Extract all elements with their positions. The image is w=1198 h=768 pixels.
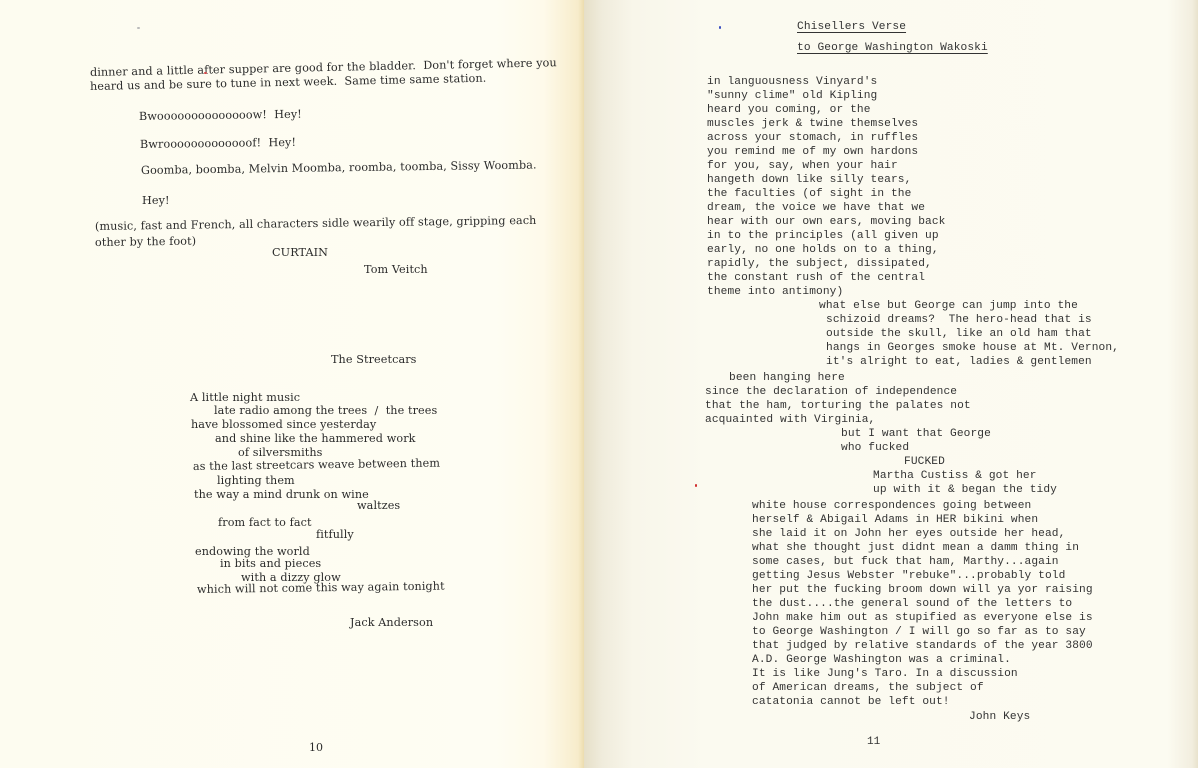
poem-title-chisellers-verse: Chisellers Verse	[797, 20, 906, 34]
poem-line: her put the fucking broom down will ya y…	[752, 583, 1093, 597]
book-spread: dinner and a little after supper are goo…	[0, 0, 1198, 768]
poem-line: schizoid dreams? The hero-head that is	[826, 313, 1092, 327]
right-page: Chisellers Verse to George Washington Wa…	[584, 0, 1198, 768]
poem-line: who fucked	[841, 441, 909, 455]
page-number-left: 10	[309, 741, 323, 754]
poem-line: heard you coming, or the	[707, 103, 871, 117]
poem-line: herself & Abigail Adams in HER bikini wh…	[752, 513, 1038, 527]
poem-line: late radio among the trees / the trees	[214, 404, 437, 418]
poem-line: some cases, but fuck that ham, Marthy...…	[752, 555, 1059, 569]
poem-line: waltzes	[357, 499, 400, 513]
poem-line: since the declaration of independence	[705, 385, 957, 399]
poem-line: she laid it on John her eyes outside her…	[752, 527, 1065, 541]
page-number-right: 11	[867, 736, 880, 748]
poem-line: what else but George can jump into the	[819, 299, 1078, 313]
poem-line: up with it & began the tidy	[873, 483, 1057, 497]
poem-line: across your stomach, in ruffles	[707, 131, 918, 145]
call-line: Hey!	[142, 194, 170, 208]
poem-line: which will not come this way again tonig…	[197, 580, 445, 597]
poem-dedication: to George Washington Wakoski	[797, 41, 988, 55]
stage-direction: (music, fast and French, all characters …	[95, 214, 537, 234]
poem-line: muscles jerk & twine themselves	[707, 117, 918, 131]
poem-line: in bits and pieces	[220, 557, 321, 571]
poem-line: dream, the voice we have that we	[707, 201, 925, 215]
poem-line: It is like Jung's Taro. In a discussion	[752, 667, 1018, 681]
poem-line: the dust....the general sound of the let…	[752, 597, 1072, 611]
poem-line: that the ham, torturing the palates not	[705, 399, 971, 413]
poem-line: hear with our own ears, moving back	[707, 215, 945, 229]
ink-fleck	[204, 72, 207, 74]
poem-line: catatonia cannot be left out!	[752, 695, 950, 709]
poem-line: fitfully	[316, 528, 354, 542]
poem-line: John make him out as stupified as everyo…	[752, 611, 1093, 625]
poem-line: of American dreams, the subject of	[752, 681, 984, 695]
poem-line: theme into antimony)	[707, 285, 843, 299]
author-john-keys: John Keys	[969, 710, 1030, 724]
stage-direction: other by the foot)	[95, 235, 196, 250]
poem-line: lighting them	[217, 474, 295, 488]
poem-line: that judged by relative standards of the…	[752, 639, 1093, 653]
poem-line: have blossomed since yesterday	[191, 418, 376, 432]
poem-line: you remind me of my own hardons	[707, 145, 918, 159]
call-line: Bwrooooooooooooof! Hey!	[140, 136, 296, 152]
left-page: dinner and a little after supper are goo…	[0, 0, 584, 768]
poem-line: early, no one holds on to a thing,	[707, 243, 939, 257]
poem-line: A little night music	[190, 391, 300, 405]
poem-line: getting Jesus Webster "rebuke"...probabl…	[752, 569, 1065, 583]
poem-line: "sunny clime" old Kipling	[707, 89, 877, 103]
poem-line: Martha Custiss & got her	[873, 469, 1037, 483]
poem-line: outside the skull, like an old ham that	[826, 327, 1092, 341]
author-tom-veitch: Tom Veitch	[364, 263, 428, 277]
poem-line: in languousness Vinyard's	[707, 75, 877, 89]
curtain-label: CURTAIN	[272, 246, 328, 260]
poem-line: to George Washington / I will go so far …	[752, 625, 1086, 639]
poem-line: it's alright to eat, ladies & gentlemen	[826, 355, 1092, 369]
poem-line: hangeth down like silly tears,	[707, 173, 911, 187]
poem-line: rapidly, the subject, dissipated,	[707, 257, 932, 271]
ink-fleck	[695, 484, 697, 487]
poem-line: the constant rush of the central	[707, 271, 925, 285]
poem-line: been hanging here	[729, 371, 845, 385]
poem-line: in to the principles (all given up	[707, 229, 939, 243]
ink-fleck	[137, 27, 140, 29]
poem-line: for you, say, when your hair	[707, 159, 898, 173]
author-jack-anderson: Jack Anderson	[350, 616, 433, 630]
poem-title-streetcars: The Streetcars	[331, 353, 417, 367]
poem-line: white house correspondences going betwee…	[752, 499, 1031, 513]
poem-line: acquainted with Virginia,	[705, 413, 875, 427]
ink-fleck	[719, 26, 721, 29]
poem-line: the faculties (of sight in the	[707, 187, 911, 201]
poem-line: and shine like the hammered work	[215, 432, 416, 446]
poem-shout-line: FUCKED	[904, 455, 945, 469]
poem-line: but I want that George	[841, 427, 991, 441]
call-line: Bwoooooooooooooow! Hey!	[139, 108, 302, 124]
poem-line: the way a mind drunk on wine	[194, 488, 369, 502]
poem-line: A.D. George Washington was a criminal.	[752, 653, 1011, 667]
poem-line: hangs in Georges smoke house at Mt. Vern…	[826, 341, 1119, 355]
poem-line: what she thought just didnt mean a damm …	[752, 541, 1079, 555]
call-line: Goomba, boomba, Melvin Moomba, roomba, t…	[141, 158, 537, 178]
poem-line: as the last streetcars weave between the…	[193, 457, 440, 474]
poem-line: from fact to fact	[218, 516, 312, 530]
